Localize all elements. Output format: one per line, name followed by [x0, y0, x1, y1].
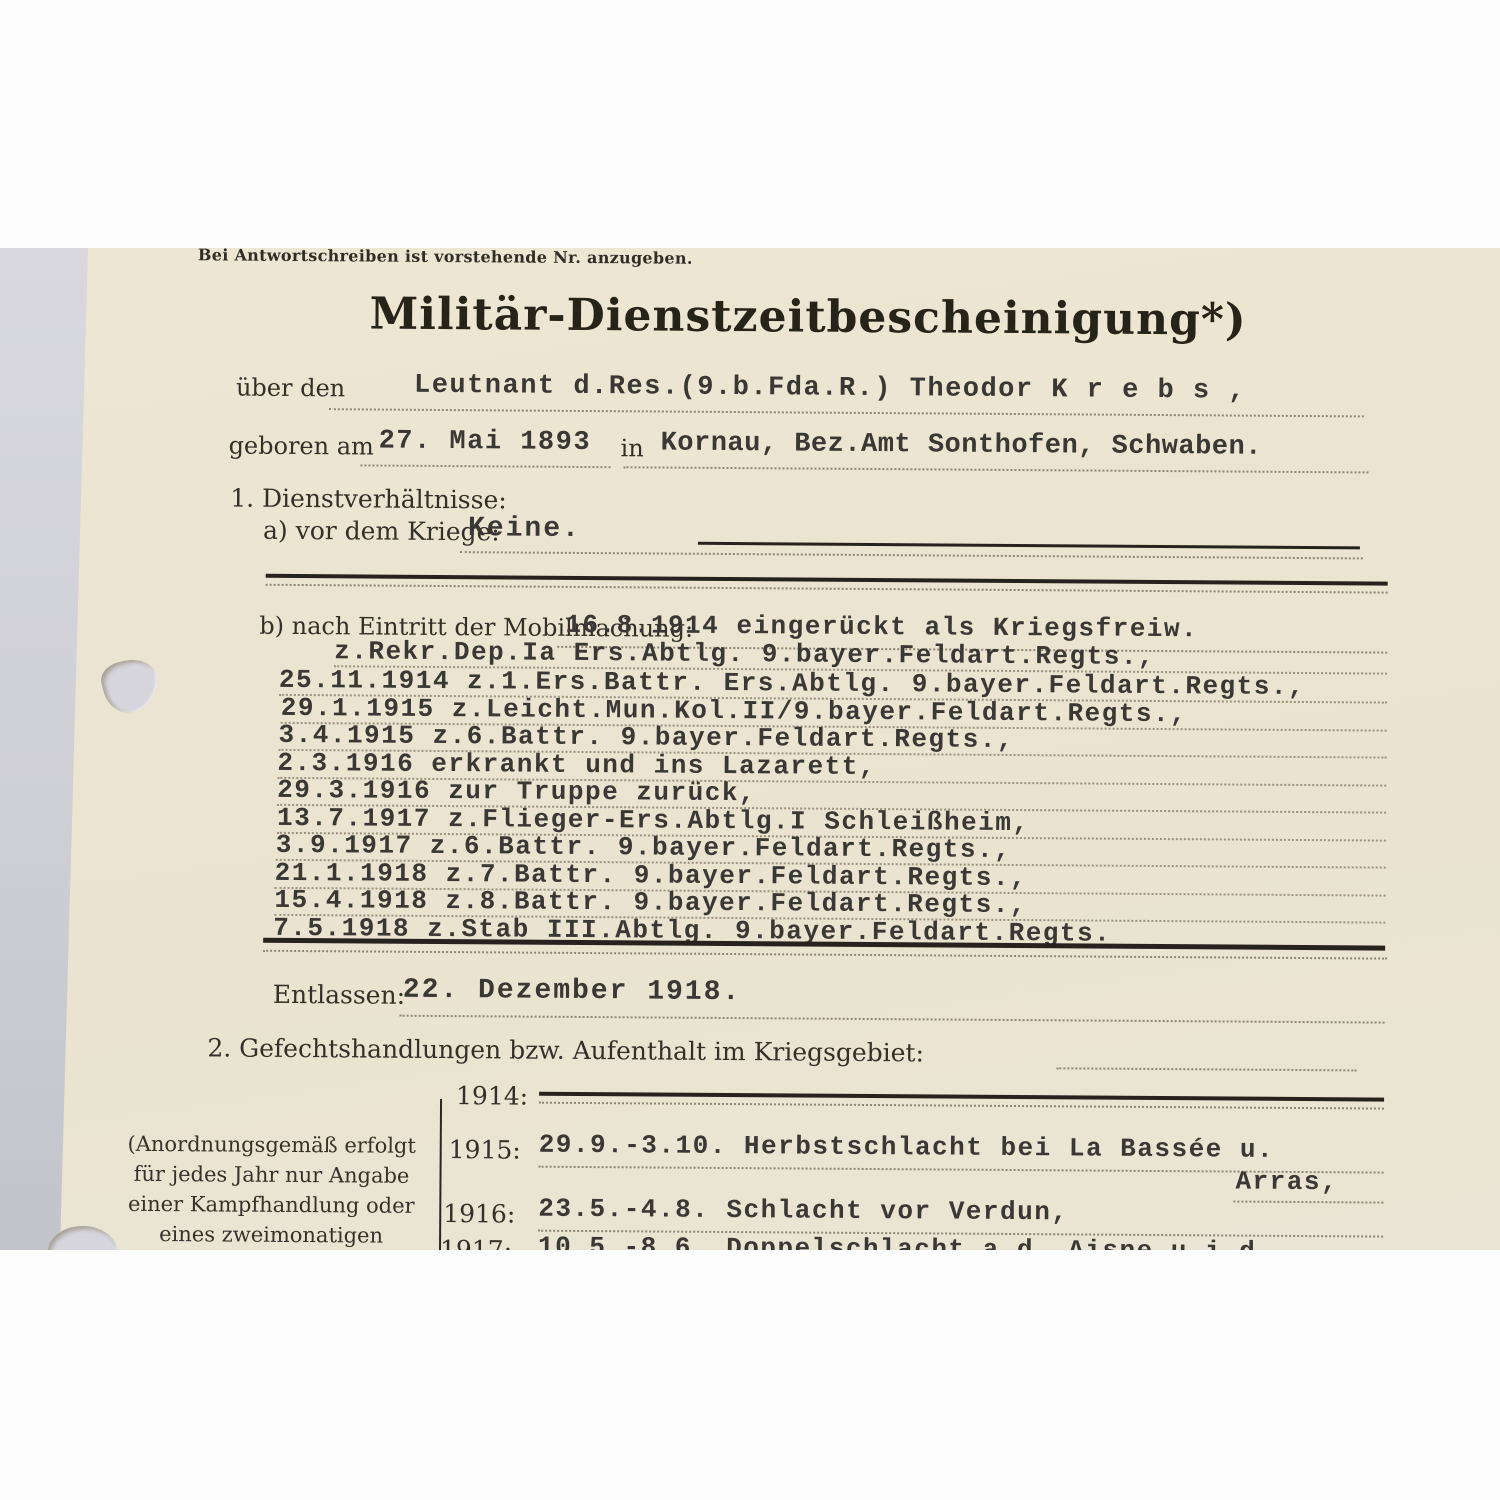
section1a-solid-rule — [698, 542, 1360, 550]
person-name-value: Leutnant d.Res.(9.b.Fda.R.) Theodor K r … — [414, 371, 1246, 407]
section1a-value: Keine. — [468, 513, 581, 545]
in-label: in — [621, 434, 644, 462]
photo-of-document: Bei Antwortschreiben ist vorstehende Nr.… — [0, 0, 1500, 1500]
birth-date-ruled-line — [360, 462, 610, 468]
entlassen-value: 22. Dezember 1918. — [403, 975, 742, 1008]
birth-date-value: 27. Mai 1893 — [379, 427, 592, 458]
document-title: Militär-Dienstzeitbescheinigung*) — [369, 288, 1189, 345]
year-1914-label: 1914: — [456, 1081, 528, 1111]
top-instruction-note: Bei Antwortschreiben ist vorstehende Nr.… — [198, 248, 693, 268]
photo-area: Bei Antwortschreiben ist vorstehende Nr.… — [0, 248, 1500, 1250]
year-1916-label: 1916: — [443, 1199, 515, 1229]
section1a-ruled-line — [460, 549, 1363, 559]
ueber-den-label: über den — [236, 374, 345, 403]
entlassen-label: Entlassen: — [273, 980, 405, 1010]
birth-place-value: Kornau, Bez.Amt Sonthofen, Schwaben. — [661, 429, 1262, 463]
margin-note: (Anordnungsgemäß erfolgt für jedes Jahr … — [115, 1129, 428, 1250]
year-1916-value: 23.5.-4.8. Schlacht vor Verdun, — [538, 1194, 1068, 1228]
section1a-label: a) vor dem Kriege: — [263, 516, 500, 547]
year-1915-value: 29.9.-3.10. Herbstschlacht bei La Bassée… — [539, 1130, 1275, 1165]
birth-place-ruled-line — [623, 464, 1368, 473]
margin-separator-line — [439, 1099, 442, 1250]
geboren-am-label: geboren am — [229, 432, 374, 461]
year-1914-dotted-line — [539, 1100, 1384, 1110]
year-1915-value-continued: Arras, — [1235, 1167, 1338, 1198]
section2-heading-ruled-line — [1056, 1065, 1356, 1071]
year-1915-cont-dotted-line — [1233, 1199, 1383, 1204]
section1-heading: 1. Dienstverhältnisse: — [230, 484, 507, 515]
year-1917-label: 1917: — [440, 1235, 512, 1250]
entlassen-ruled-line — [400, 1013, 1385, 1024]
divider-dotted-2 — [263, 948, 1387, 960]
document-content: Bei Antwortschreiben ist vorstehende Nr.… — [0, 248, 1500, 1250]
section2-heading: 2. Gefechtshandlungen bzw. Aufenthalt im… — [207, 1033, 924, 1067]
paper-sheet: Bei Antwortschreiben ist vorstehende Nr.… — [0, 248, 1500, 1250]
year-1915-label: 1915: — [449, 1135, 521, 1165]
name-ruled-line — [329, 406, 1364, 417]
